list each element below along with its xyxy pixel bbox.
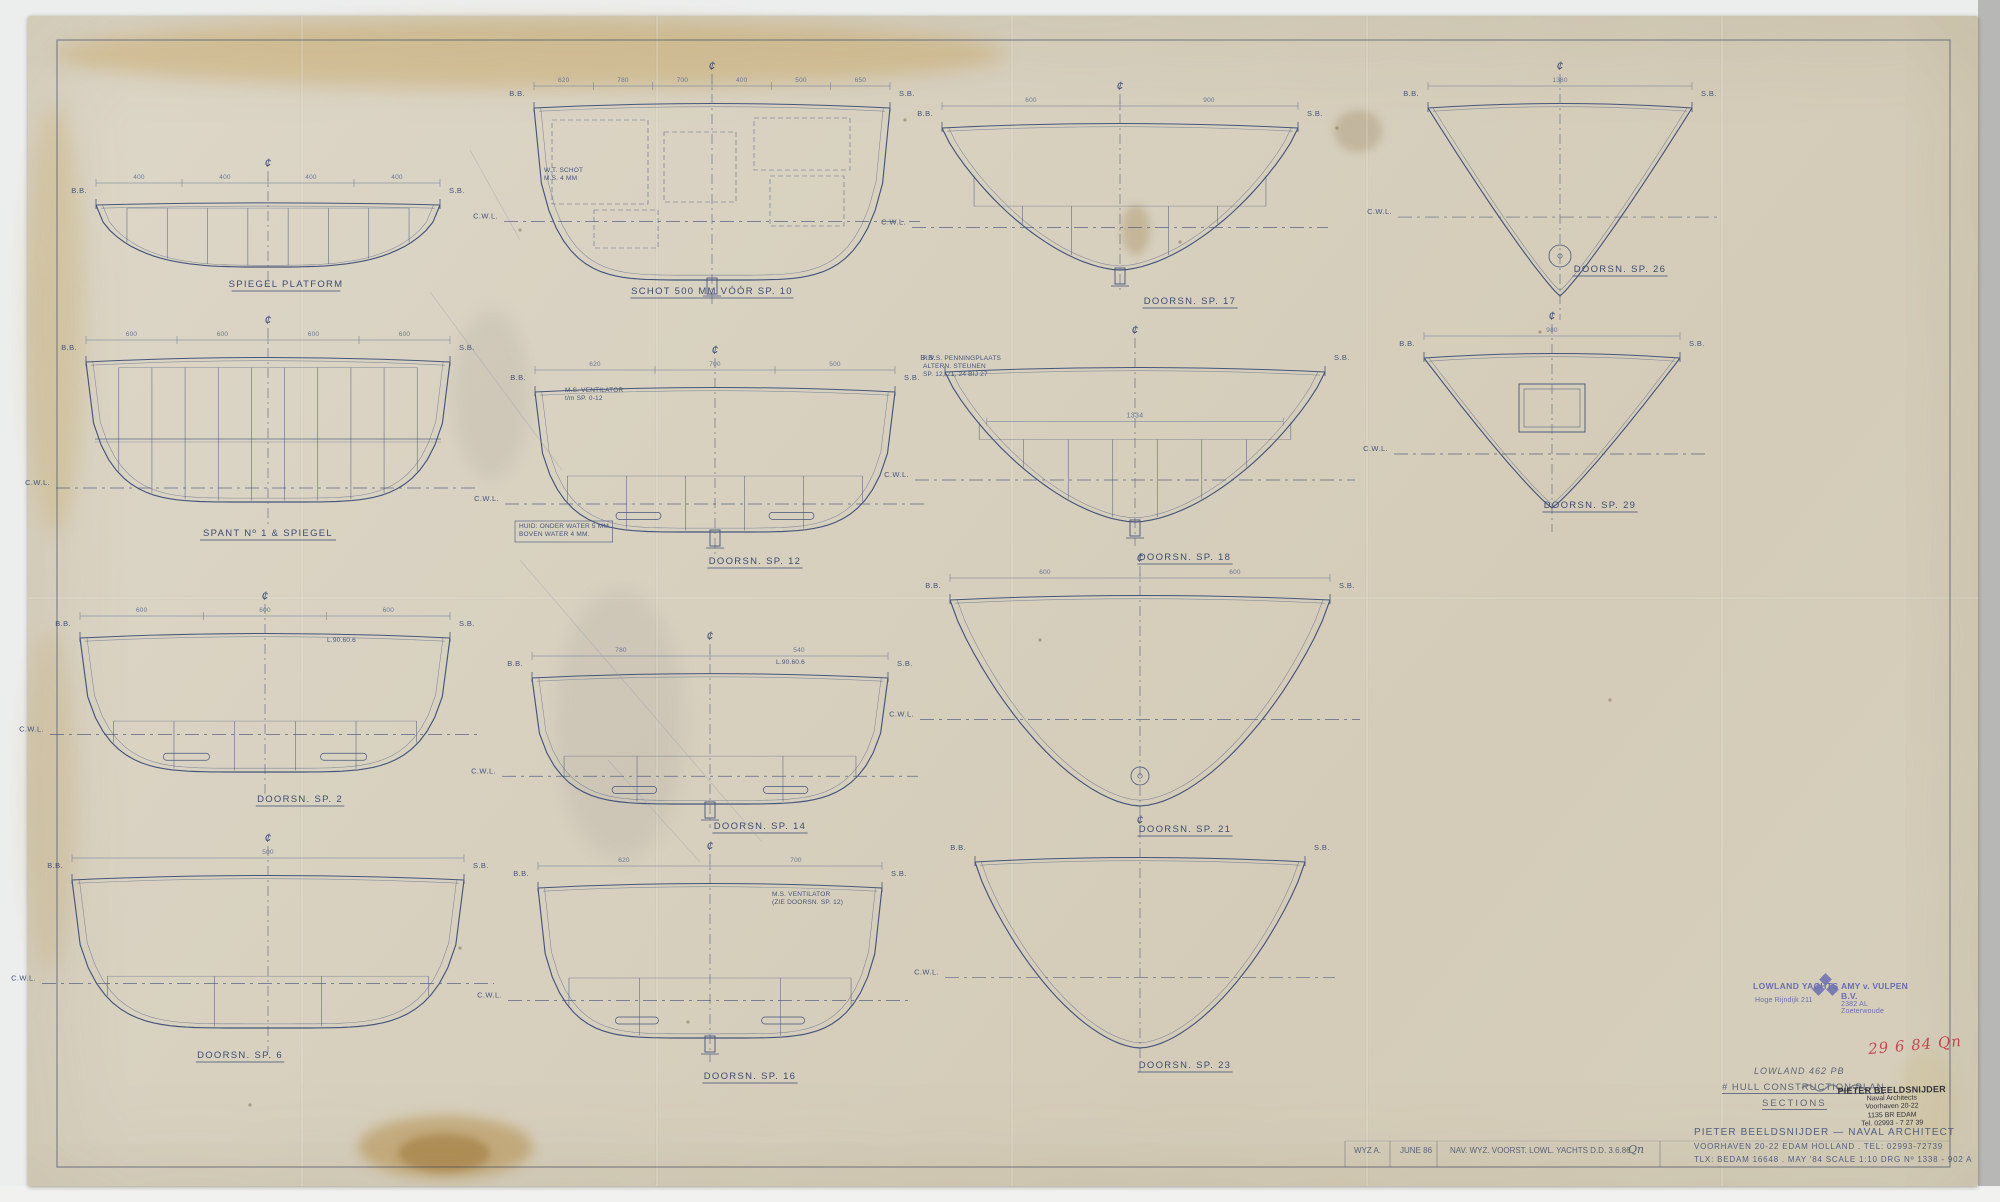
- svg-text:620: 620: [558, 77, 570, 84]
- section-label: DOORSN. SP. 18: [1139, 552, 1231, 563]
- svg-text:W.T. SCHOT: W.T. SCHOT: [544, 167, 583, 174]
- section-label: DOORSN. SP. 14: [714, 821, 806, 832]
- svg-text:HUID: ONDER WATER 5 MM.: HUID: ONDER WATER 5 MM.: [519, 523, 611, 530]
- svg-text:1380: 1380: [1552, 77, 1567, 84]
- svg-text:¢: ¢: [261, 589, 268, 603]
- svg-text:980: 980: [1546, 327, 1558, 334]
- svg-text:S.B.: S.B.: [904, 373, 920, 382]
- svg-text:¢: ¢: [1548, 309, 1555, 323]
- builder-address: 2382 AL Zoeterwoude: [1841, 1001, 1913, 1015]
- svg-text:620: 620: [618, 857, 630, 864]
- paper-specks: [248, 118, 1611, 1106]
- section-label: DOORSN. SP. 12: [709, 556, 801, 567]
- svg-text:B.B.: B.B.: [1403, 89, 1419, 98]
- section-sp21: ¢C.W.L.B.B.S.B.600600DOORSN. SP. 21: [889, 551, 1360, 836]
- svg-text:SP. 12, 21, 24 BIJ 27: SP. 12, 21, 24 BIJ 27: [923, 371, 988, 378]
- section-sp12: ¢C.W.L.B.B.S.B.620700500M.S. VENTILATORt…: [474, 343, 925, 568]
- architect-name: PIETER BEELDSNIJDER: [1832, 1085, 1952, 1096]
- svg-text:400: 400: [219, 174, 231, 181]
- svg-text:C.W.L.: C.W.L.: [881, 217, 906, 226]
- svg-text:B.B.: B.B.: [925, 581, 941, 590]
- svg-text:400: 400: [133, 174, 145, 181]
- svg-text:S.B.: S.B.: [899, 89, 915, 98]
- section-sp2: ¢C.W.L.B.B.S.B.600600600L.90.60.6DOORSN.…: [19, 589, 480, 806]
- svg-text:600: 600: [399, 331, 411, 338]
- section-label: DOORSN. SP. 17: [1144, 296, 1236, 307]
- svg-text:1334: 1334: [1127, 413, 1144, 420]
- svg-text:S.B.: S.B.: [891, 869, 907, 878]
- svg-text:¢: ¢: [1116, 79, 1123, 93]
- svg-text:S.B.: S.B.: [459, 343, 475, 352]
- svg-text:600: 600: [259, 607, 271, 614]
- section-label: DOORSN. SP. 6: [197, 1050, 283, 1061]
- svg-text:S.B.: S.B.: [1314, 843, 1330, 852]
- svg-text:¢: ¢: [1556, 59, 1563, 73]
- section-sp23: ¢C.W.L.B.B.S.B.DOORSN. SP. 23: [914, 813, 1335, 1072]
- svg-text:B.B.: B.B.: [513, 869, 529, 878]
- svg-text:S.B.: S.B.: [1689, 339, 1705, 348]
- scanned-blueprint: ¢B.B.S.B.400400400400SPIEGEL PLATFORM¢C.…: [0, 0, 2000, 1202]
- svg-text:600: 600: [126, 331, 138, 338]
- svg-text:¢: ¢: [706, 629, 713, 643]
- svg-text:S.B.: S.B.: [1701, 89, 1717, 98]
- section-label: DOORSN. SP. 21: [1139, 824, 1231, 835]
- svg-text:600: 600: [308, 331, 320, 338]
- svg-text:S.B.: S.B.: [1339, 581, 1355, 590]
- svg-text:C.W.L.: C.W.L.: [889, 709, 914, 718]
- section-spiegel: ¢B.B.S.B.400400400400SPIEGEL PLATFORM: [71, 156, 465, 291]
- svg-text:¢: ¢: [264, 156, 271, 170]
- svg-text:t/m SP. 0-12: t/m SP. 0-12: [565, 395, 603, 402]
- svg-text:S.B.: S.B.: [449, 186, 465, 195]
- svg-text:B.B.: B.B.: [61, 343, 77, 352]
- svg-text:600: 600: [1025, 97, 1037, 104]
- svg-text:¢: ¢: [1131, 323, 1138, 337]
- revision-note: NAV. WYZ. VOORST. LOWL. YACHTS D.D. 3.6.…: [1450, 1146, 1631, 1155]
- project-name: LOWLAND 462 PB: [1754, 1066, 1845, 1076]
- architect-stamp: PIETER BEELDSNIJDER Naval Architects Voo…: [1832, 1085, 1953, 1130]
- title-block: PIETER BEELDSNIJDER — NAVAL ARCHITECT VO…: [1694, 1127, 1972, 1164]
- svg-text:S.B.: S.B.: [459, 619, 475, 628]
- svg-text:400: 400: [736, 77, 748, 84]
- svg-text:S.B.: S.B.: [473, 861, 489, 870]
- svg-text:¢: ¢: [706, 839, 713, 853]
- section-sp26: ¢C.W.L.B.B.S.B.1380DOORSN. SP. 26: [1367, 59, 1722, 320]
- svg-text:600: 600: [217, 331, 229, 338]
- svg-text:C.W.L.: C.W.L.: [477, 991, 502, 1000]
- section-spant1: ¢C.W.L.B.B.S.B.600600600600SPANT Nº 1 & …: [25, 313, 480, 540]
- builder-partner: AMY v. VULPEN B.V.: [1841, 981, 1913, 1001]
- svg-text:900: 900: [1203, 97, 1215, 104]
- svg-text:540: 540: [793, 647, 805, 654]
- svg-text:M.S. VENTILATOR: M.S. VENTILATOR: [565, 387, 623, 394]
- svg-text:B.B.: B.B.: [71, 186, 87, 195]
- section-label: DOORSN. SP. 16: [704, 1071, 796, 1082]
- svg-text:400: 400: [305, 174, 317, 181]
- section-label: DOORSN. SP. 29: [1544, 500, 1636, 511]
- svg-text:B.B.: B.B.: [47, 861, 63, 870]
- section-sp6: ¢C.W.L.B.B.S.B.500DOORSN. SP. 6: [11, 831, 494, 1062]
- revision-code: WYZ A.: [1354, 1146, 1381, 1155]
- section-label: SPIEGEL PLATFORM: [229, 279, 344, 290]
- svg-text:S.B.: S.B.: [1334, 353, 1350, 362]
- svg-text:C.W.L.: C.W.L.: [474, 494, 499, 503]
- section-label: DOORSN. SP. 26: [1574, 264, 1666, 275]
- svg-text:B.B.: B.B.: [917, 109, 933, 118]
- svg-text:C.W.L.: C.W.L.: [471, 766, 496, 775]
- svg-text:C.W.L.: C.W.L.: [473, 212, 498, 221]
- svg-text:600: 600: [1039, 569, 1051, 576]
- svg-text:L.90.60.6: L.90.60.6: [327, 637, 356, 644]
- svg-text:500: 500: [795, 77, 807, 84]
- svg-text:¢: ¢: [264, 831, 271, 845]
- svg-text:700: 700: [709, 361, 721, 368]
- svg-text:ALTERN. STEUNEN: ALTERN. STEUNEN: [923, 363, 986, 370]
- section-sp16: ¢C.W.L.B.B.S.B.620700M.S. VENTILATOR(ZIE…: [477, 839, 912, 1083]
- svg-text:B.B.: B.B.: [1399, 339, 1415, 348]
- svg-text:C.W.L.: C.W.L.: [11, 974, 36, 983]
- svg-text:B.B.: B.B.: [509, 89, 525, 98]
- svg-text:C.W.L.: C.W.L.: [19, 724, 44, 733]
- revision-date: JUNE 86: [1400, 1146, 1432, 1155]
- section-sp18: ¢C.W.L.B.B.S.B.1334R.V.S. PENNINGPLAATSA…: [884, 323, 1355, 564]
- svg-text:C.W.L.: C.W.L.: [1363, 444, 1388, 453]
- svg-text:600: 600: [383, 607, 395, 614]
- svg-text:B.B.: B.B.: [510, 373, 526, 382]
- architect-line: PIETER BEELDSNIJDER — NAVAL ARCHITECT: [1694, 1127, 1972, 1138]
- svg-text:C.W.L.: C.W.L.: [914, 967, 939, 976]
- svg-text:¢: ¢: [264, 313, 271, 327]
- svg-text:700: 700: [790, 857, 802, 864]
- svg-text:400: 400: [391, 174, 403, 181]
- svg-text:M.S. 4 MM: M.S. 4 MM: [544, 175, 577, 182]
- sections-drawing: ¢B.B.S.B.400400400400SPIEGEL PLATFORM¢C.…: [0, 0, 2000, 1202]
- svg-text:780: 780: [615, 647, 627, 654]
- revision-signature: Qn: [1628, 1143, 1644, 1156]
- svg-text:600: 600: [136, 607, 148, 614]
- svg-text:C.W.L.: C.W.L.: [25, 478, 50, 487]
- svg-text:L.90.60.6: L.90.60.6: [776, 659, 805, 666]
- lowland-logo-icon: [1811, 972, 1839, 998]
- section-label: DOORSN. SP. 2: [257, 794, 343, 805]
- svg-text:¢: ¢: [1136, 551, 1143, 565]
- svg-text:650: 650: [855, 77, 867, 84]
- svg-text:S.B.: S.B.: [897, 659, 913, 668]
- section-label: SCHOT 500 MM VÓÓR SP. 10: [631, 286, 793, 297]
- section-sp14: ¢C.W.L.B.B.S.B.780540L.90.60.6DOORSN. SP…: [471, 629, 918, 833]
- svg-text:S.B.: S.B.: [1307, 109, 1323, 118]
- svg-text:620: 620: [589, 361, 601, 368]
- builder-stamp: LOWLAND YACHTS AMY v. VULPEN B.V. Hoge R…: [1753, 974, 1913, 1014]
- drawing-info-line: TLX: BEDAM 16648 . MAY '84 SCALE 1:10 DR…: [1694, 1155, 1972, 1164]
- section-label: SPANT Nº 1 & SPIEGEL: [203, 528, 333, 539]
- section-sp29: ¢C.W.L.B.B.S.B.980DOORSN. SP. 29: [1363, 309, 1710, 532]
- svg-text:780: 780: [617, 77, 629, 84]
- svg-text:700: 700: [677, 77, 689, 84]
- svg-text:¢: ¢: [708, 59, 715, 73]
- address-line: VOORHAVEN 20-22 EDAM HOLLAND . TEL: 0299…: [1694, 1142, 1972, 1151]
- section-sp17: ¢C.W.L.B.B.S.B.600900DOORSN. SP. 17: [881, 79, 1328, 308]
- section-schot10: ¢C.W.L.B.B.S.B.620780700400500650W.T. SC…: [473, 59, 920, 304]
- drawing-subtitle: SECTIONS: [1762, 1098, 1827, 1110]
- svg-text:¢: ¢: [711, 343, 718, 357]
- svg-text:500: 500: [829, 361, 841, 368]
- svg-text:R.V.S. PENNINGPLAATS: R.V.S. PENNINGPLAATS: [923, 355, 1002, 362]
- svg-text:C.W.L.: C.W.L.: [1367, 207, 1392, 216]
- svg-text:C.W.L.: C.W.L.: [884, 470, 909, 479]
- svg-text:B.B.: B.B.: [507, 659, 523, 668]
- svg-text:500: 500: [262, 849, 274, 856]
- svg-text:600: 600: [1229, 569, 1241, 576]
- svg-text:BOVEN WATER 4 MM.: BOVEN WATER 4 MM.: [519, 531, 590, 538]
- svg-text:(ZIE DOORSN. SP. 12): (ZIE DOORSN. SP. 12): [772, 899, 843, 906]
- svg-text:M.S. VENTILATOR: M.S. VENTILATOR: [772, 891, 830, 898]
- svg-text:¢: ¢: [1136, 813, 1143, 827]
- builder-address: Hoge Rijndijk 211: [1755, 997, 1813, 1004]
- section-label: DOORSN. SP. 23: [1139, 1060, 1231, 1071]
- svg-text:B.B.: B.B.: [950, 843, 966, 852]
